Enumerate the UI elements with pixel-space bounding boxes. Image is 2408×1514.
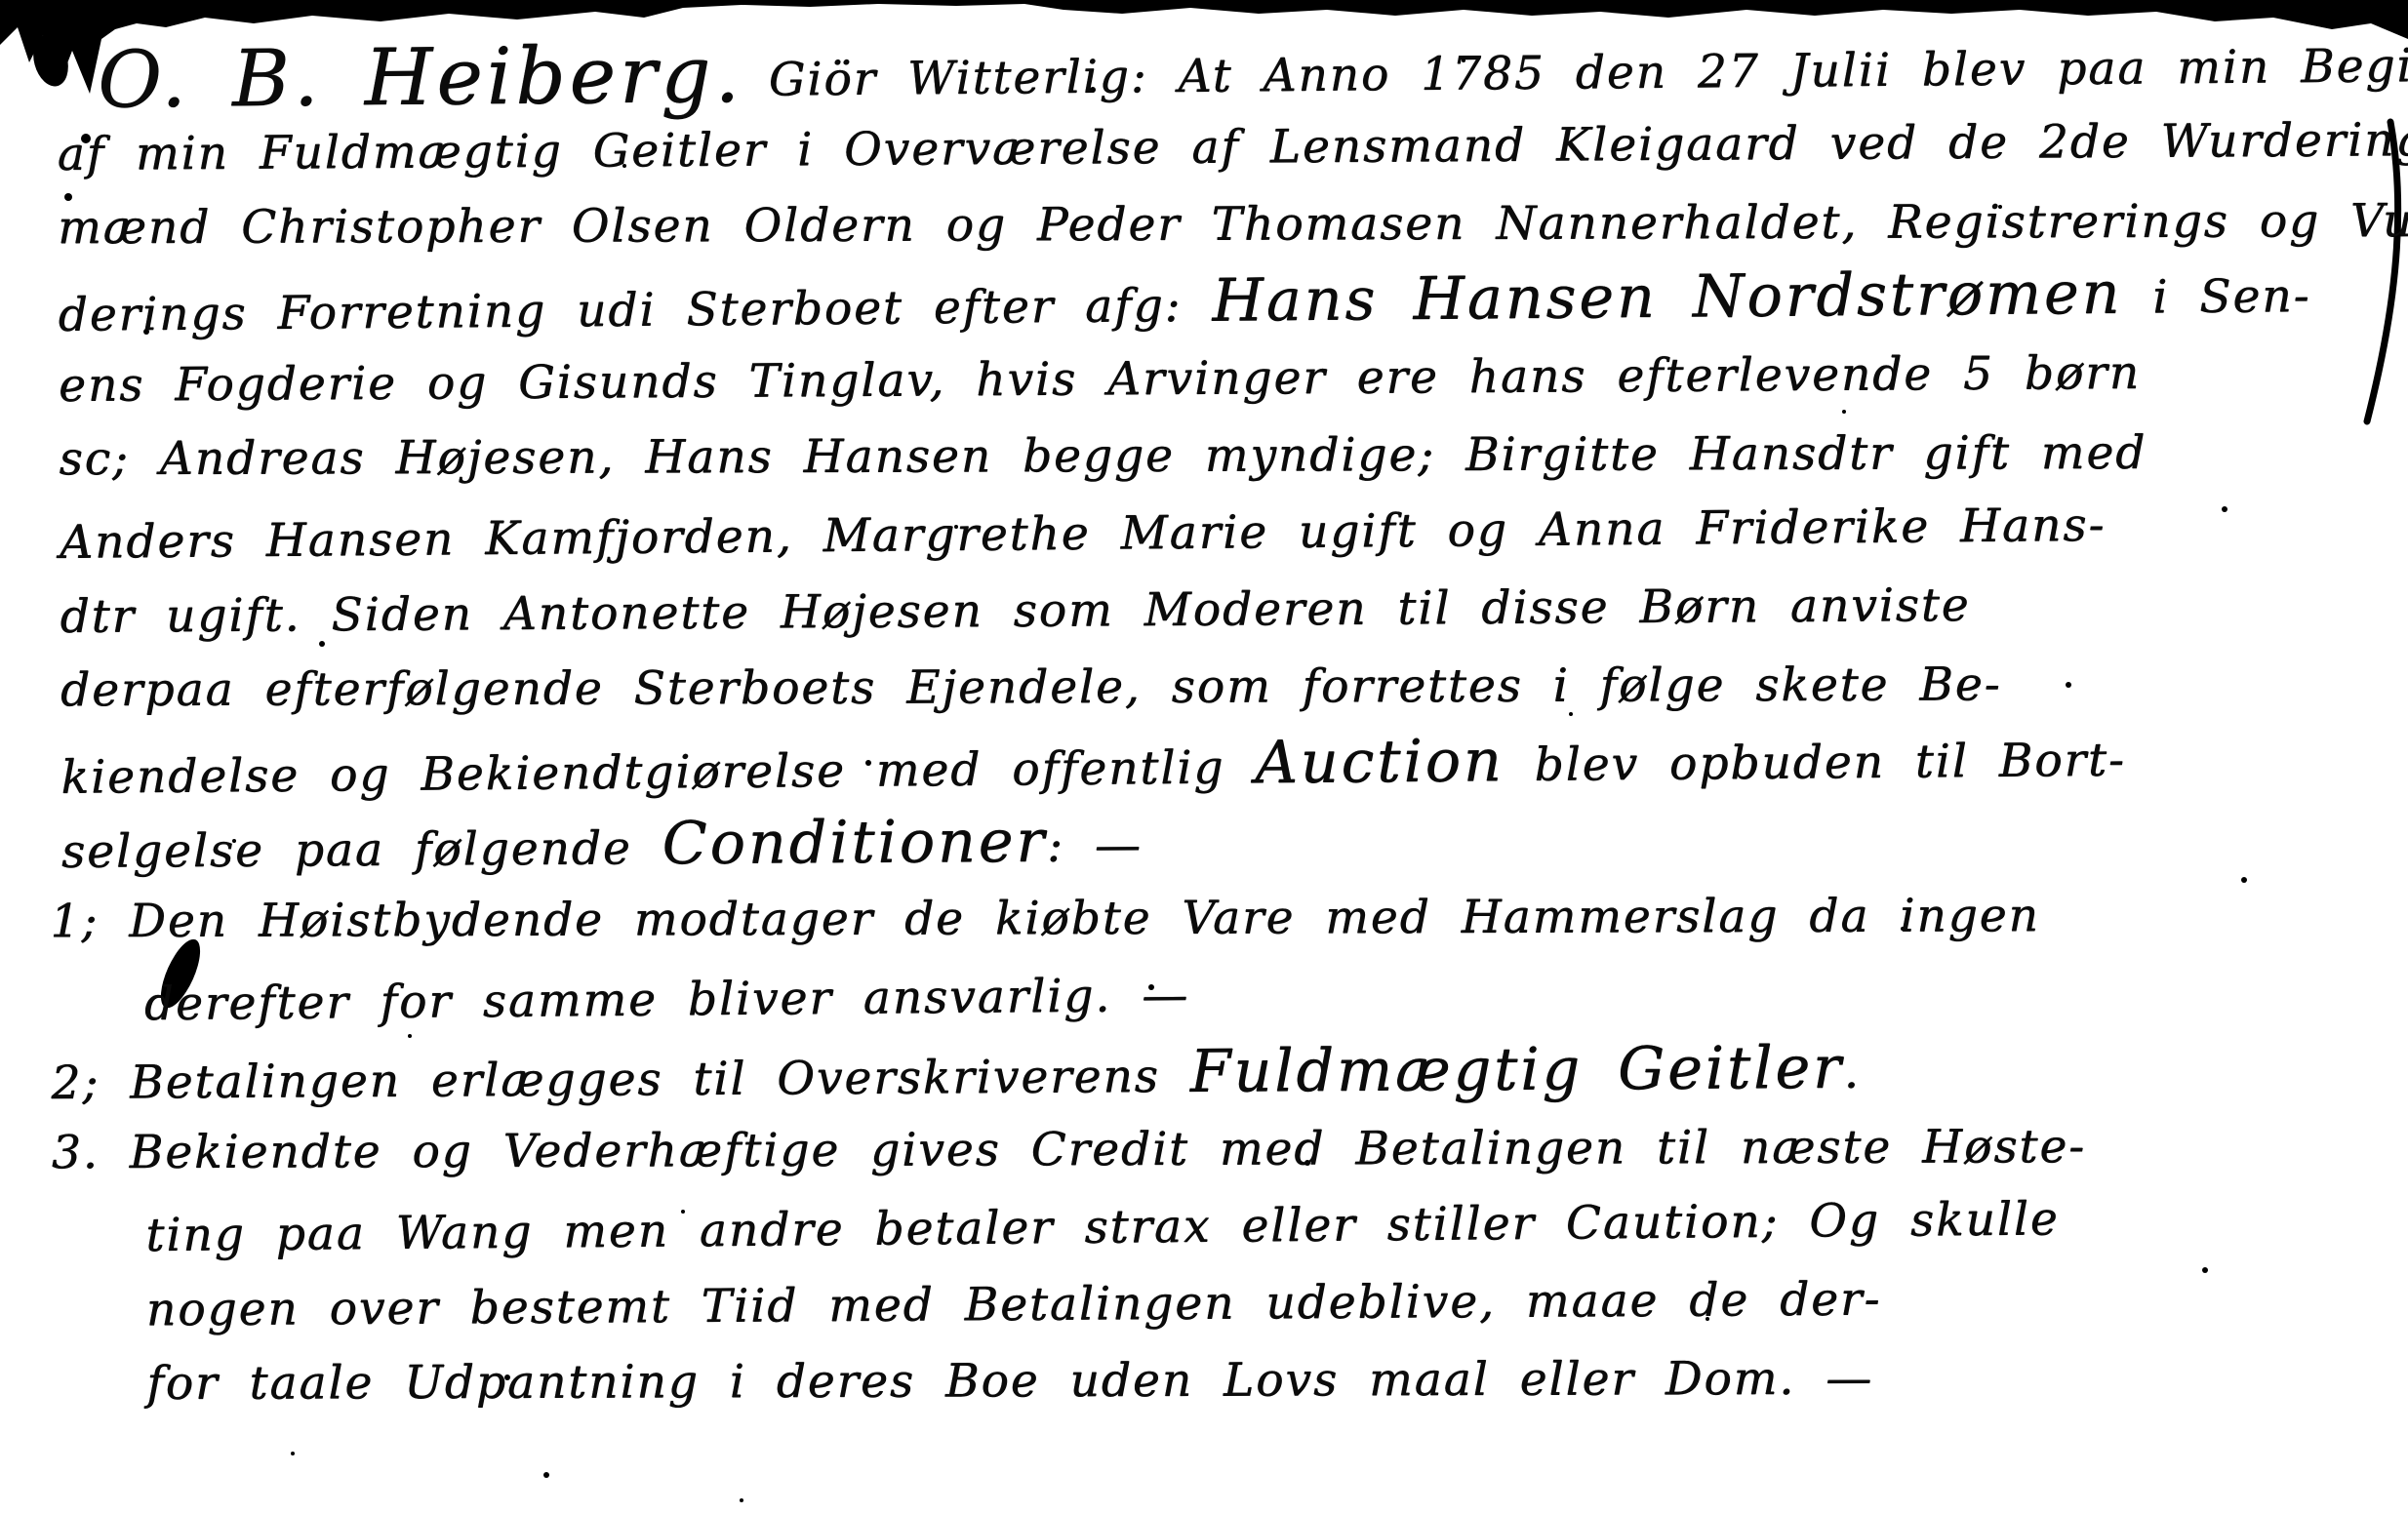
line-text: for taale Udpantning i deres Boe uden Lo… <box>146 1352 1873 1411</box>
line-text: ting paa Wang men andre betaler strax el… <box>145 1192 2060 1262</box>
manuscript-line: sc; Andreas Højesen, Hans Hansen begge m… <box>44 414 2381 498</box>
line-text: mænd Christopher Olsen Oldern og Peder T… <box>58 194 2408 255</box>
scanned-page: O. B. Heiberg.Giör Witterlig: At Anno 17… <box>0 0 2408 1514</box>
signatory-name: O. B. Heiberg. <box>98 29 769 126</box>
line-text: selgelse paa følgende <box>61 821 662 879</box>
manuscript-text: O. B. Heiberg.Giör Witterlig: At Anno 17… <box>41 24 2387 1426</box>
condition-line-3: 3. Bekiendte og Vederhæftige gives Credi… <box>48 1107 2385 1191</box>
line-text: dtr ugift. Siden Antonette Højesen som M… <box>60 578 1970 644</box>
line-text: blev opbuden til Bort- <box>1504 734 2126 792</box>
deceased-name: Hans Hansen Nordstrømen <box>1212 259 2123 336</box>
line-text: Giör Witterlig: At Anno 1785 den 27 Juli… <box>769 39 2408 107</box>
line-text: ens Fogderie og Gisunds Tinglav, hvis Ar… <box>59 346 2141 413</box>
line-text: . <box>1844 1046 1861 1099</box>
conditions-heading: Conditioner <box>662 808 1047 878</box>
line-text: 3. Bekiendte og Vederhæftige gives Credi… <box>52 1120 2086 1179</box>
clerk-name: Fuldmægtig Geitler <box>1190 1034 1844 1106</box>
line-text: kiendelse og Bekiendtgiørelse med offent… <box>60 740 1255 804</box>
line-text: Anders Hansen Kamfjorden, Margrethe Mari… <box>60 498 2107 570</box>
line-text: 2; Betalingen erlægges til Overskriveren… <box>51 1050 1190 1110</box>
line-text: : — <box>1047 818 1143 873</box>
auction-word: Auction <box>1255 727 1505 797</box>
line-text: nogen over bestemt Tiid med Betalingen u… <box>146 1273 1882 1337</box>
line-text: derefter for samme bliver ansvarlig. — <box>144 969 1190 1031</box>
condition-line-1: 1; Den Høistbydende modtager de kiøbte V… <box>46 876 2383 960</box>
line-text: af min Fuldmægtig Geitler i Overværelse … <box>58 113 2408 181</box>
manuscript-line: derpaa efterfølgende Sterboets Ejendele,… <box>45 645 2382 729</box>
line-text: sc; Andreas Højesen, Hans Hansen begge m… <box>60 426 2147 486</box>
line-text: 1; Den Høistbydende modtager de kiøbte V… <box>50 889 2039 948</box>
line-text: i Sen- <box>2122 269 2311 325</box>
line-text: derings Forretning udi Sterboet efter af… <box>59 279 1213 342</box>
manuscript-line: for taale Udpantning i deres Boe uden Lo… <box>49 1338 2386 1422</box>
line-text: derpaa efterfølgende Sterboets Ejendele,… <box>60 657 2002 717</box>
manuscript-line: mænd Christopher Olsen Oldern og Peder T… <box>42 182 2379 266</box>
